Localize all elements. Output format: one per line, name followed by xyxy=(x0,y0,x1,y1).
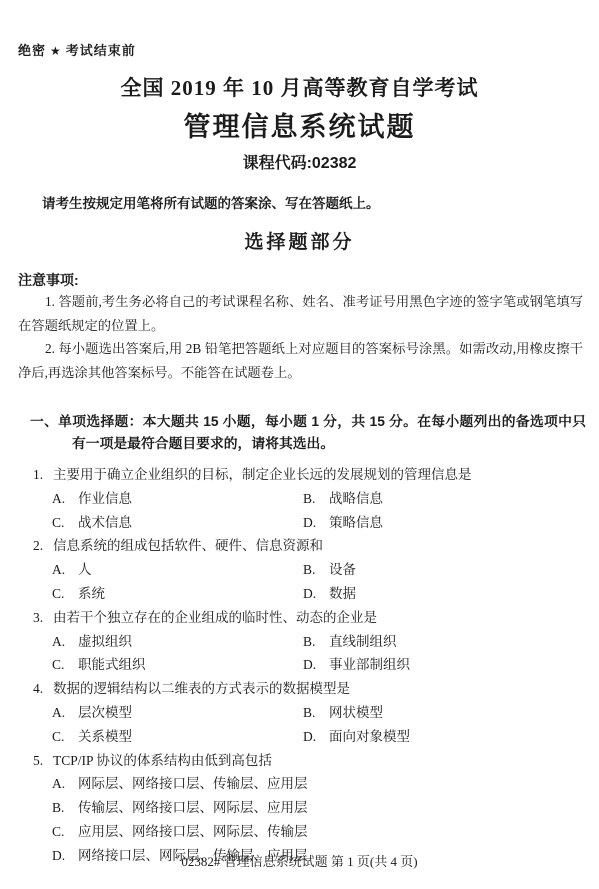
option-text: 事业部制组织 xyxy=(329,653,410,677)
option-label: D. xyxy=(303,653,329,677)
exam-session-title: 全国 2019 年 10 月高等教育自学考试 xyxy=(0,72,599,102)
classification-left: 绝密 xyxy=(18,43,46,58)
option-label: A. xyxy=(52,630,78,654)
option-label: B. xyxy=(303,558,329,582)
question-text: 主要用于确立企业组织的目标，制定企业长远的发展规划的管理信息是 xyxy=(53,463,472,487)
option-label: A. xyxy=(52,558,78,582)
question-number: 2. xyxy=(33,534,53,558)
question-text: TCP/IP 协议的体系结构由低到高包括 xyxy=(53,749,272,773)
option-b: B.战略信息 xyxy=(303,487,599,511)
option-label: C. xyxy=(52,820,78,844)
option-c: C.系统 xyxy=(52,582,303,606)
option-text: 层次模型 xyxy=(78,701,132,725)
option-label: C. xyxy=(52,511,78,535)
question-text: 数据的逻辑结构以二维表的方式表示的数据模型是 xyxy=(53,677,350,701)
option-text: 战略信息 xyxy=(329,487,383,511)
question-number: 4. xyxy=(33,677,53,701)
option-text: 战术信息 xyxy=(78,511,132,535)
exam-paper-page: 绝密★考试结束前 全国 2019 年 10 月高等教育自学考试 管理信息系统试题… xyxy=(0,0,599,889)
question-1-options: A.作业信息 B.战略信息 C.战术信息 D.策略信息 xyxy=(52,487,599,535)
notes-title: 注意事项: xyxy=(18,270,599,290)
exam-subject-title: 管理信息系统试题 xyxy=(0,105,599,144)
question-3-options: A.虚拟组织 B.直线制组织 C.职能式组织 D.事业部制组织 xyxy=(52,630,599,678)
classification-right: 考试结束前 xyxy=(66,43,136,58)
note-item-1: 1. 答题前,考生务必将自己的考试课程名称、姓名、准考证号用黑色字迹的签字笔或钢… xyxy=(18,290,583,337)
page-footer: 02382# 管理信息系统试题 第 1 页(共 4 页) xyxy=(0,851,599,870)
option-a: A.虚拟组织 xyxy=(52,630,303,654)
question-1: 1. 主要用于确立企业组织的目标，制定企业长远的发展规划的管理信息是 A.作业信… xyxy=(0,463,599,534)
star-icon: ★ xyxy=(46,44,66,58)
option-a: A.人 xyxy=(52,558,303,582)
option-label: D. xyxy=(303,582,329,606)
option-text: 策略信息 xyxy=(329,511,383,535)
option-d: D.事业部制组织 xyxy=(303,653,599,677)
option-text: 应用层、网络接口层、网际层、传输层 xyxy=(78,820,308,844)
option-text: 直线制组织 xyxy=(329,630,397,654)
question-number: 1. xyxy=(33,463,53,487)
option-label: D. xyxy=(303,511,329,535)
part-one-heading: 一、单项选择题：本大题共 15 小题，每小题 1 分，共 15 分。在每小题列出… xyxy=(30,411,586,455)
question-number: 5. xyxy=(33,749,53,773)
question-2: 2. 信息系统的组成包括软件、硬件、信息资源和 A.人 B.设备 C.系统 D.… xyxy=(0,534,599,605)
option-label: A. xyxy=(52,701,78,725)
option-label: B. xyxy=(303,630,329,654)
question-5: 5. TCP/IP 协议的体系结构由低到高包括 A.网际层、网络接口层、传输层、… xyxy=(0,749,599,868)
option-text: 网状模型 xyxy=(329,701,383,725)
option-d: D.面向对象模型 xyxy=(303,725,599,749)
note-item-2: 2. 每小题选出答案后,用 2B 铅笔把答题纸上对应题目的答案标号涂黑。如需改动… xyxy=(18,337,583,384)
classification-label: 绝密★考试结束前 xyxy=(18,40,599,59)
option-label: A. xyxy=(52,487,78,511)
option-c: C.应用层、网络接口层、网际层、传输层 xyxy=(52,820,599,844)
option-label: C. xyxy=(52,725,78,749)
option-label: A. xyxy=(52,772,78,796)
question-number: 3. xyxy=(33,606,53,630)
option-c: C.职能式组织 xyxy=(52,653,303,677)
option-text: 人 xyxy=(78,558,92,582)
option-text: 系统 xyxy=(78,582,105,606)
question-text: 由若干个独立存在的企业组成的临时性、动态的企业是 xyxy=(53,606,377,630)
option-text: 数据 xyxy=(329,582,356,606)
option-label: C. xyxy=(52,653,78,677)
option-d: D.数据 xyxy=(303,582,599,606)
option-text: 关系模型 xyxy=(78,725,132,749)
option-b: B.设备 xyxy=(303,558,599,582)
question-text: 信息系统的组成包括软件、硬件、信息资源和 xyxy=(53,534,323,558)
option-text: 面向对象模型 xyxy=(329,725,410,749)
option-a: A.层次模型 xyxy=(52,701,303,725)
option-a: A.网际层、网络接口层、传输层、应用层 xyxy=(52,772,599,796)
answer-sheet-instruction: 请考生按规定用笔将所有试题的答案涂、写在答题纸上。 xyxy=(42,192,581,212)
option-b: B.网状模型 xyxy=(303,701,599,725)
option-label: B. xyxy=(52,796,78,820)
option-a: A.作业信息 xyxy=(52,487,303,511)
option-b: B.传输层、网络接口层、网际层、应用层 xyxy=(52,796,599,820)
question-4-options: A.层次模型 B.网状模型 C.关系模型 D.面向对象模型 xyxy=(52,701,599,749)
option-text: 职能式组织 xyxy=(78,653,146,677)
option-text: 网际层、网络接口层、传输层、应用层 xyxy=(78,772,308,796)
course-code: 课程代码:02382 xyxy=(0,150,599,173)
option-text: 传输层、网络接口层、网际层、应用层 xyxy=(78,796,308,820)
option-label: C. xyxy=(52,582,78,606)
question-2-options: A.人 B.设备 C.系统 D.数据 xyxy=(52,558,599,606)
option-c: C.关系模型 xyxy=(52,725,303,749)
option-label: B. xyxy=(303,701,329,725)
question-3: 3. 由若干个独立存在的企业组成的临时性、动态的企业是 A.虚拟组织 B.直线制… xyxy=(0,606,599,677)
option-text: 作业信息 xyxy=(78,487,132,511)
section-title: 选择题部分 xyxy=(0,227,599,254)
option-label: D. xyxy=(303,725,329,749)
option-text: 虚拟组织 xyxy=(78,630,132,654)
option-text: 设备 xyxy=(329,558,356,582)
question-list: 1. 主要用于确立企业组织的目标，制定企业长远的发展规划的管理信息是 A.作业信… xyxy=(0,463,599,868)
option-label: B. xyxy=(303,487,329,511)
option-b: B.直线制组织 xyxy=(303,630,599,654)
option-d: D.策略信息 xyxy=(303,511,599,535)
option-c: C.战术信息 xyxy=(52,511,303,535)
question-4: 4. 数据的逻辑结构以二维表的方式表示的数据模型是 A.层次模型 B.网状模型 … xyxy=(0,677,599,748)
